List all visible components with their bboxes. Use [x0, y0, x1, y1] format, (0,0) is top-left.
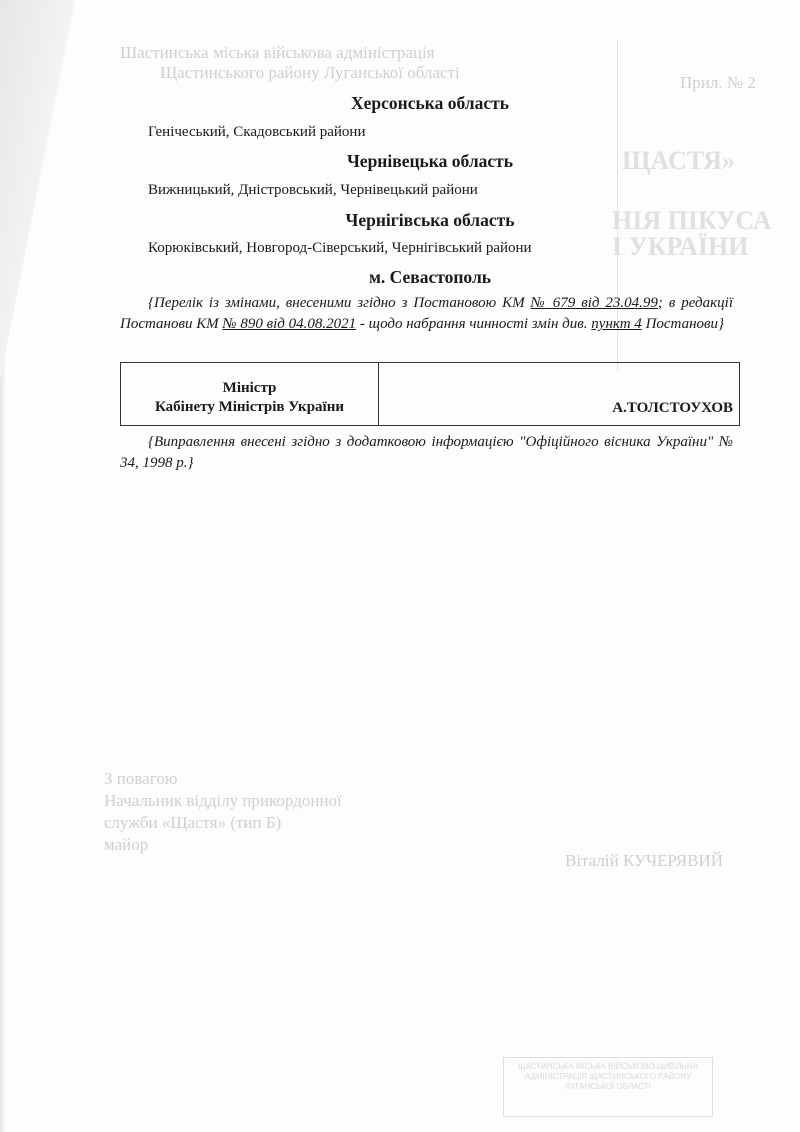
region-title-chernivtsi: Чернівецька область — [0, 151, 800, 172]
ghost-role1: З повагою — [104, 768, 177, 789]
region-title-chernihiv: Чернігівська область — [0, 210, 800, 231]
ghost-role2: Начальник відділу прикордонної — [104, 790, 342, 811]
ghost-stamp: ЩАСТИНСЬКА МІСЬКА ВІЙСЬКОВО-ЦИВІЛЬНА АДМ… — [503, 1057, 713, 1117]
link-point-4[interactable]: пункт 4 — [591, 316, 642, 332]
region-title-sevastopol: м. Севастополь — [0, 267, 800, 288]
region-title-kherson: Херсонська область — [0, 93, 800, 114]
ghost-header-line1: Шастинська міська військова адміністраці… — [120, 42, 435, 63]
correction-note: {Виправлення внесені згідно з додатковою… — [120, 432, 733, 474]
position-line2: Кабінету Міністрів України — [155, 398, 344, 417]
ghost-title3: І УКРАЇНИ — [612, 236, 748, 257]
ghost-header-line2: Щастинського району Луганської області — [160, 62, 460, 83]
position-line1: Міністр — [223, 379, 277, 398]
signature-table: Міністр Кабінету Міністрів України А.ТОЛ… — [120, 362, 740, 426]
signature-name-cell: А.ТОЛСТОУХОВ — [379, 363, 739, 425]
amendment-note: {Перелік із змінами, внесеними згідно з … — [120, 293, 733, 335]
link-resolution-679[interactable]: № 679 від 23.04.99 — [531, 295, 658, 311]
link-resolution-890[interactable]: № 890 від 04.08.2021 — [222, 316, 356, 332]
signatory-name: А.ТОЛСТОУХОВ — [612, 400, 733, 417]
ghost-signer: Віталій КУЧЕРЯВИЙ — [565, 850, 723, 871]
districts-chernivtsi: Вижницький, Дністровський, Чернівецький … — [148, 182, 478, 199]
ghost-role3: служби «Щастя» (тип Б) — [104, 812, 281, 833]
districts-kherson: Генічеський, Скадовський райони — [148, 124, 365, 141]
districts-chernihiv: Корюківський, Новгород-Сіверський, Черні… — [148, 240, 532, 257]
ghost-appendix: Прил. № 2 — [680, 72, 756, 93]
ghost-role4: майор — [104, 834, 148, 855]
signature-position: Міністр Кабінету Міністрів України — [121, 363, 379, 425]
